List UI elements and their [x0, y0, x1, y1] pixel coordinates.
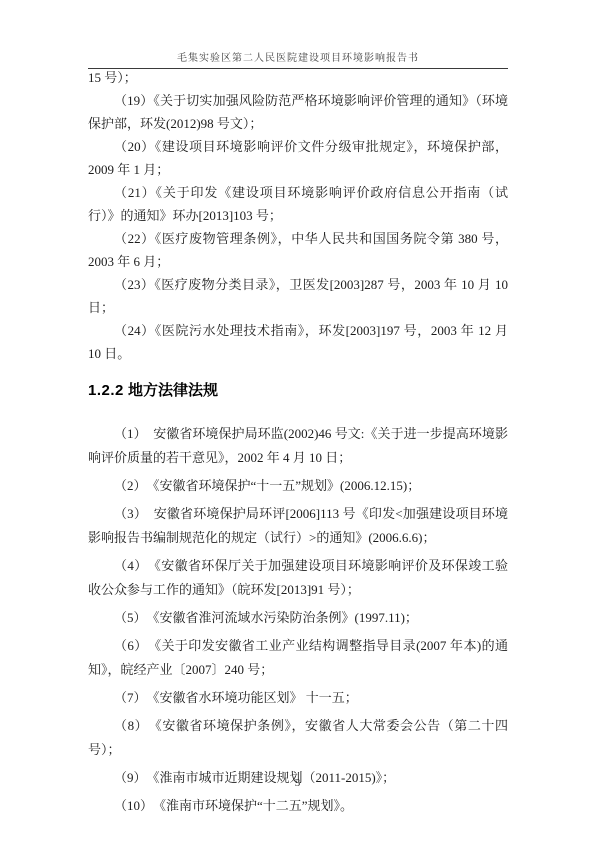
paragraph-continuation: 15 号）； [88, 66, 508, 89]
section-heading-1-2-2: 1.2.2 地方法律法规 [88, 381, 508, 401]
list-item-21: （21）《关于印发《建设项目环境影响评价政府信息公开指南（试行）》的通知》环办[… [88, 181, 508, 227]
list-item-23: （23）《医疗废物分类目录》，卫医发[2003]287 号，2003 年 10 … [88, 273, 508, 319]
section-heading-number: 1.2.2 [88, 382, 124, 399]
section-heading-text: 地方法律法规 [128, 382, 218, 399]
list-item-1: （1） 安徽省环境保护局环监(2002)46 号文:《关于进一步提高环境影响评价… [88, 422, 508, 470]
list-item-7: （7） 《安徽省水环境功能区划》 十一五； [88, 686, 508, 710]
list-item-3: （3） 安徽省环境保护局环评[2006]113 号《印发<加强建设项目环境影响报… [88, 502, 508, 550]
list-item-24: （24）《医院污水处理技术指南》，环发[2003]197 号，2003 年 12… [88, 319, 508, 365]
list-item-22: （22）《医疗废物管理条例》，中华人民共和国国务院令第 380 号，2003 年… [88, 227, 508, 273]
list-item-20: （20）《建设项目环境影响评价文件分级审批规定》，环境保护部，2009 年 1 … [88, 135, 508, 181]
list-item-5: （5） 《安徽省淮河流域水污染防治条例》(1997.11)； [88, 606, 508, 630]
local-regulations-list: （1） 安徽省环境保护局环监(2002)46 号文:《关于进一步提高环境影响评价… [88, 422, 508, 818]
list-item-8: （8） 《安徽省环境保护条例》，安徽省人大常委会公告（第二十四号）； [88, 714, 508, 762]
national-regulations-list: 15 号）； （19）《关于切实加强风险防范严格环境影响评价管理的通知》（环境保… [88, 66, 508, 365]
list-item-6: （6） 《关于印发安徽省工业产业结构调整指导目录(2007 年本)的通知》，皖经… [88, 634, 508, 682]
page-content: 15 号）； （19）《关于切实加强风险防范严格环境影响评价管理的通知》（环境保… [88, 66, 508, 822]
list-item-19: （19）《关于切实加强风险防范严格环境影响评价管理的通知》（环境保护部，环发(2… [88, 89, 508, 135]
list-item-4: （4） 《安徽省环保厅关于加强建设项目环境影响评价及环保竣工验收公众参与工作的通… [88, 554, 508, 602]
list-item-10: （10） 《淮南市环境保护“十二五”规划》。 [88, 794, 508, 818]
list-item-2: （2） 《安徽省环境保护“十一五”规划》(2006.12.15)； [88, 474, 508, 498]
document-page: 毛集实验区第二人民医院建设项目环境影响报告书 15 号）； （19）《关于切实加… [0, 0, 595, 841]
page-number: 3 [0, 777, 595, 789]
